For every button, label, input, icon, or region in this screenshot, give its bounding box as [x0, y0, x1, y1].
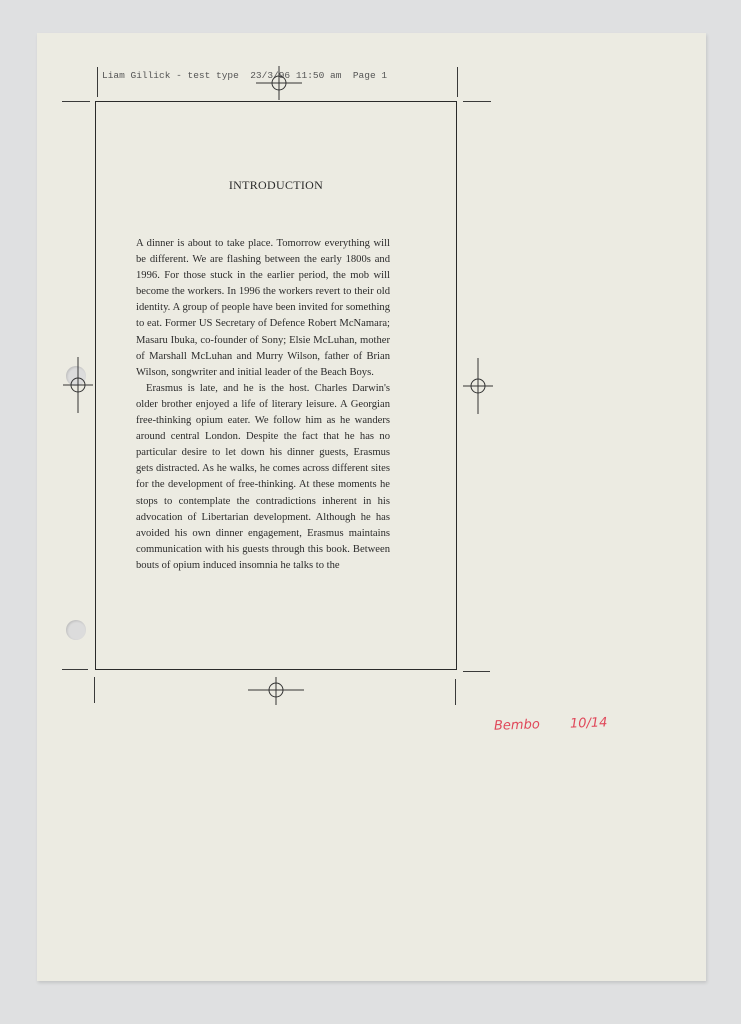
crop-mark-bottom-left-vertical	[94, 677, 95, 703]
registration-mark-top-icon	[256, 66, 302, 100]
crop-mark-top-left-vertical	[97, 67, 98, 97]
crop-mark-top-right-vertical	[457, 67, 458, 97]
registration-mark-bottom-icon	[248, 677, 304, 705]
crop-mark-bottom-left-horizontal	[62, 669, 88, 670]
paragraph-2: Erasmus is late, and he is the host. Cha…	[136, 381, 390, 574]
crop-mark-top-left-horizontal	[62, 101, 90, 102]
proof-header: Liam Gillick - test type 23/3/96 11:50 a…	[102, 70, 387, 81]
registration-mark-left-icon	[63, 357, 93, 413]
crop-mark-bottom-right-vertical	[455, 679, 456, 705]
handwritten-typeface-note: Bembo	[494, 717, 540, 734]
body-text: A dinner is about to take place. Tomorro…	[136, 236, 390, 574]
paragraph-1: A dinner is about to take place. Tomorro…	[136, 236, 390, 381]
registration-mark-right-icon	[463, 358, 493, 414]
crop-mark-top-right-horizontal	[463, 101, 491, 102]
punch-hole-bottom	[66, 620, 86, 640]
handwritten-size-note: 10/14	[570, 715, 608, 731]
crop-mark-bottom-right-horizontal	[463, 671, 490, 672]
chapter-title: INTRODUCTION	[95, 178, 457, 193]
